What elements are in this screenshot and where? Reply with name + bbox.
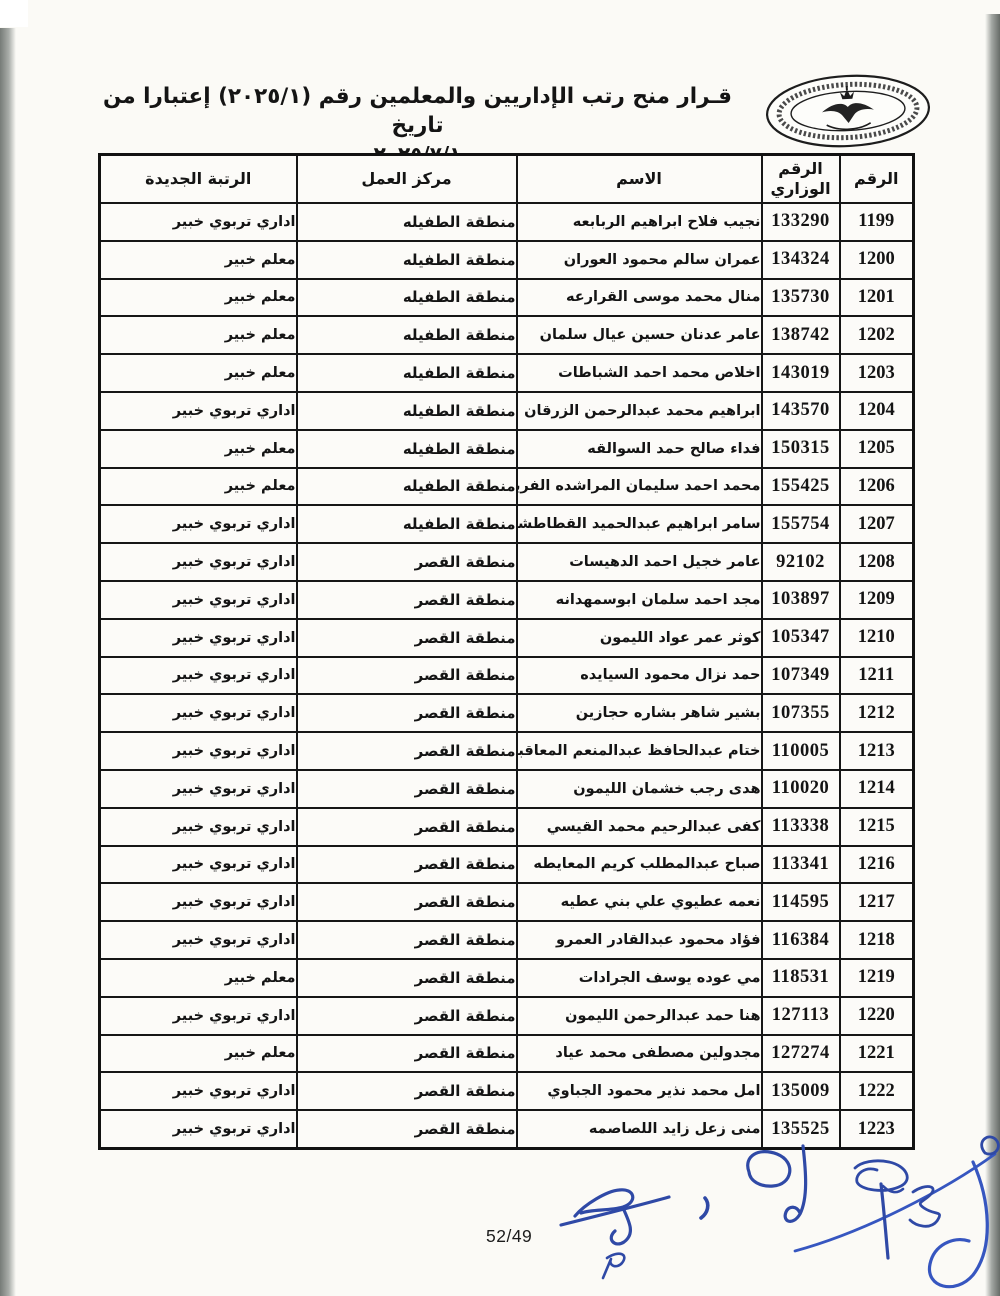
- cell-work-center: منطقة القصر: [297, 1072, 517, 1110]
- cell-name: مجدولين مصطفى محمد عياد: [517, 1035, 762, 1073]
- cell-ministry-number: 103897: [762, 581, 840, 619]
- cell-ministry-number: 155425: [762, 468, 840, 506]
- cell-work-center: منطقة القصر: [297, 732, 517, 770]
- table-row: 1222 135009 امل محمد نذير محمود الجباوي …: [100, 1072, 914, 1110]
- cell-new-rank: اداري تربوي خبير: [100, 770, 297, 808]
- cell-name: امل محمد نذير محمود الجباوي: [517, 1072, 762, 1110]
- cell-serial: 1202: [840, 316, 914, 354]
- cell-name: بشير شاهر بشاره حجازين: [517, 694, 762, 732]
- cell-ministry-number: 92102: [762, 543, 840, 581]
- cell-work-center: منطقة الطفيله: [297, 279, 517, 317]
- table-row: 1208 92102 عامر خجيل احمد الدهيسات منطقة…: [100, 543, 914, 581]
- cell-new-rank: معلم خبير: [100, 430, 297, 468]
- cell-work-center: منطقة القصر: [297, 619, 517, 657]
- cell-name: نجيب فلاح ابراهيم الربابعه: [517, 203, 762, 241]
- cell-name: صباح عبدالمطلب كريم المعايطه: [517, 846, 762, 884]
- cell-serial: 1199: [840, 203, 914, 241]
- cell-serial: 1216: [840, 846, 914, 884]
- table-row: 1216 113341 صباح عبدالمطلب كريم المعايطه…: [100, 846, 914, 884]
- cell-name: هنا حمد عبدالرحمن الليمون: [517, 997, 762, 1035]
- table-row: 1207 155754 سامر ابراهيم عبدالحميد القطا…: [100, 505, 914, 543]
- cell-name: كوثر عمر عواد الليمون: [517, 619, 762, 657]
- cell-ministry-number: 110005: [762, 732, 840, 770]
- document-title: قـرار منح رتب الإداريين والمعلمين رقم (٢…: [85, 82, 750, 140]
- cell-name: منى زعل زايد اللصاصمه: [517, 1110, 762, 1148]
- cell-new-rank: معلم خبير: [100, 959, 297, 997]
- cell-ministry-number: 143570: [762, 392, 840, 430]
- scan-edge-right: [985, 14, 1000, 1296]
- table-row: 1210 105347 كوثر عمر عواد الليمون منطقة …: [100, 619, 914, 657]
- cell-name: منال محمد موسى القرارعه: [517, 279, 762, 317]
- cell-serial: 1205: [840, 430, 914, 468]
- cell-work-center: منطقة القصر: [297, 770, 517, 808]
- cell-ministry-number: 113341: [762, 846, 840, 884]
- cell-new-rank: اداري تربوي خبير: [100, 808, 297, 846]
- header-ministry-number: الرقم الوزاري: [762, 155, 840, 204]
- scan-corner-notch: [0, 0, 28, 27]
- cell-ministry-number: 127274: [762, 1035, 840, 1073]
- ministry-seal-icon: [762, 72, 934, 150]
- header-new-rank: الرتبة الجديدة: [100, 155, 297, 204]
- cell-name: نعمه عطيوي علي بني عطيه: [517, 883, 762, 921]
- cell-serial: 1214: [840, 770, 914, 808]
- table-row: 1202 138742 عامر عدنان حسين عيال سلمان م…: [100, 316, 914, 354]
- table-row: 1223 135525 منى زعل زايد اللصاصمه منطقة …: [100, 1110, 914, 1148]
- cell-name: مجد احمد سلمان ابوسمهدانه: [517, 581, 762, 619]
- cell-ministry-number: 135730: [762, 279, 840, 317]
- cell-new-rank: معلم خبير: [100, 316, 297, 354]
- header-serial: الرقم: [840, 155, 914, 204]
- cell-serial: 1220: [840, 997, 914, 1035]
- cell-work-center: منطقة القصر: [297, 883, 517, 921]
- cell-name: اخلاص محمد احمد الشباطات: [517, 354, 762, 392]
- cell-new-rank: اداري تربوي خبير: [100, 1072, 297, 1110]
- cell-work-center: منطقة الطفيله: [297, 468, 517, 506]
- cell-ministry-number: 113338: [762, 808, 840, 846]
- cell-new-rank: معلم خبير: [100, 279, 297, 317]
- cell-ministry-number: 118531: [762, 959, 840, 997]
- cell-work-center: منطقة الطفيله: [297, 241, 517, 279]
- cell-new-rank: معلم خبير: [100, 468, 297, 506]
- scan-edge-left: [0, 28, 16, 1296]
- table-row: 1203 143019 اخلاص محمد احمد الشباطات منط…: [100, 354, 914, 392]
- cell-serial: 1203: [840, 354, 914, 392]
- table-row: 1204 143570 ابراهيم محمد عبدالرحمن الزرق…: [100, 392, 914, 430]
- table-body: 1199 133290 نجيب فلاح ابراهيم الربابعه م…: [100, 203, 914, 1148]
- cell-ministry-number: 143019: [762, 354, 840, 392]
- table-row: 1206 155425 محمد احمد سليمان المراشده ال…: [100, 468, 914, 506]
- cell-name: ابراهيم محمد عبدالرحمن الزرقان: [517, 392, 762, 430]
- cell-new-rank: اداري تربوي خبير: [100, 846, 297, 884]
- cell-work-center: منطقة الطفيله: [297, 430, 517, 468]
- cell-ministry-number: 110020: [762, 770, 840, 808]
- table-row: 1220 127113 هنا حمد عبدالرحمن الليمون من…: [100, 997, 914, 1035]
- cell-serial: 1208: [840, 543, 914, 581]
- cell-new-rank: اداري تربوي خبير: [100, 505, 297, 543]
- cell-serial: 1210: [840, 619, 914, 657]
- cell-new-rank: اداري تربوي خبير: [100, 657, 297, 695]
- cell-ministry-number: 105347: [762, 619, 840, 657]
- table-row: 1211 107349 حمد نزال محمود السيايده منطق…: [100, 657, 914, 695]
- cell-name: هدى رجب خشمان الليمون: [517, 770, 762, 808]
- cell-serial: 1218: [840, 921, 914, 959]
- cell-name: محمد احمد سليمان المراشده الفريجات: [517, 468, 762, 506]
- cell-serial: 1211: [840, 657, 914, 695]
- cell-work-center: منطقة القصر: [297, 921, 517, 959]
- cell-work-center: منطقة القصر: [297, 959, 517, 997]
- cell-ministry-number: 138742: [762, 316, 840, 354]
- cell-new-rank: اداري تربوي خبير: [100, 543, 297, 581]
- cell-ministry-number: 155754: [762, 505, 840, 543]
- cell-work-center: منطقة القصر: [297, 657, 517, 695]
- cell-new-rank: اداري تربوي خبير: [100, 619, 297, 657]
- table-row: 1201 135730 منال محمد موسى القرارعه منطق…: [100, 279, 914, 317]
- rank-grant-table: الرقم الرقم الوزاري الاسم مركز العمل الر…: [98, 153, 915, 1150]
- signature-icon: [545, 1128, 1000, 1296]
- cell-serial: 1212: [840, 694, 914, 732]
- cell-name: عامر خجيل احمد الدهيسات: [517, 543, 762, 581]
- cell-serial: 1215: [840, 808, 914, 846]
- table-row: 1221 127274 مجدولين مصطفى محمد عياد منطق…: [100, 1035, 914, 1073]
- page-number: 52/49: [486, 1226, 532, 1247]
- cell-new-rank: اداري تربوي خبير: [100, 883, 297, 921]
- cell-name: ختام عبدالحافظ عبدالمنعم المعاقبه: [517, 732, 762, 770]
- cell-ministry-number: 133290: [762, 203, 840, 241]
- scanned-document-page: قـرار منح رتب الإداريين والمعلمين رقم (٢…: [0, 0, 1000, 1296]
- cell-serial: 1222: [840, 1072, 914, 1110]
- table-row: 1200 134324 عمران سالم محمود العوران منط…: [100, 241, 914, 279]
- cell-work-center: منطقة القصر: [297, 581, 517, 619]
- cell-serial: 1223: [840, 1110, 914, 1148]
- cell-new-rank: اداري تربوي خبير: [100, 392, 297, 430]
- cell-new-rank: اداري تربوي خبير: [100, 1110, 297, 1148]
- cell-work-center: منطقة القصر: [297, 1035, 517, 1073]
- cell-serial: 1219: [840, 959, 914, 997]
- cell-name: حمد نزال محمود السيايده: [517, 657, 762, 695]
- table-row: 1215 113338 كفى عبدالرحيم محمد القيسي من…: [100, 808, 914, 846]
- cell-work-center: منطقة القصر: [297, 997, 517, 1035]
- cell-ministry-number: 134324: [762, 241, 840, 279]
- table-row: 1209 103897 مجد احمد سلمان ابوسمهدانه من…: [100, 581, 914, 619]
- cell-ministry-number: 107355: [762, 694, 840, 732]
- cell-new-rank: معلم خبير: [100, 354, 297, 392]
- cell-ministry-number: 107349: [762, 657, 840, 695]
- cell-serial: 1217: [840, 883, 914, 921]
- cell-serial: 1209: [840, 581, 914, 619]
- cell-ministry-number: 114595: [762, 883, 840, 921]
- header-name: الاسم: [517, 155, 762, 204]
- cell-new-rank: اداري تربوي خبير: [100, 921, 297, 959]
- cell-new-rank: معلم خبير: [100, 241, 297, 279]
- cell-serial: 1206: [840, 468, 914, 506]
- cell-new-rank: اداري تربوي خبير: [100, 732, 297, 770]
- cell-new-rank: اداري تربوي خبير: [100, 581, 297, 619]
- cell-name: فداء صالح حمد السوالقه: [517, 430, 762, 468]
- table-row: 1217 114595 نعمه عطيوي علي بني عطيه منطق…: [100, 883, 914, 921]
- cell-new-rank: معلم خبير: [100, 1035, 297, 1073]
- cell-work-center: منطقة القصر: [297, 846, 517, 884]
- cell-new-rank: اداري تربوي خبير: [100, 694, 297, 732]
- cell-name: مي عوده يوسف الجرادات: [517, 959, 762, 997]
- table-row: 1219 118531 مي عوده يوسف الجرادات منطقة …: [100, 959, 914, 997]
- table-row: 1214 110020 هدى رجب خشمان الليمون منطقة …: [100, 770, 914, 808]
- cell-name: عامر عدنان حسين عيال سلمان: [517, 316, 762, 354]
- header-work-center: مركز العمل: [297, 155, 517, 204]
- cell-serial: 1213: [840, 732, 914, 770]
- cell-serial: 1200: [840, 241, 914, 279]
- cell-ministry-number: 127113: [762, 997, 840, 1035]
- cell-ministry-number: 135525: [762, 1110, 840, 1148]
- cell-new-rank: اداري تربوي خبير: [100, 203, 297, 241]
- cell-ministry-number: 116384: [762, 921, 840, 959]
- cell-name: سامر ابراهيم عبدالحميد القطاطشه: [517, 505, 762, 543]
- cell-work-center: منطقة الطفيله: [297, 505, 517, 543]
- cell-new-rank: اداري تربوي خبير: [100, 997, 297, 1035]
- cell-ministry-number: 150315: [762, 430, 840, 468]
- cell-name: فؤاد محمود عبدالقادر العمرو: [517, 921, 762, 959]
- table-row: 1218 116384 فؤاد محمود عبدالقادر العمرو …: [100, 921, 914, 959]
- table-header-row: الرقم الرقم الوزاري الاسم مركز العمل الر…: [100, 155, 914, 204]
- cell-work-center: منطقة الطفيله: [297, 316, 517, 354]
- cell-name: عمران سالم محمود العوران: [517, 241, 762, 279]
- cell-ministry-number: 135009: [762, 1072, 840, 1110]
- table-row: 1199 133290 نجيب فلاح ابراهيم الربابعه م…: [100, 203, 914, 241]
- cell-work-center: منطقة الطفيله: [297, 392, 517, 430]
- table-row: 1205 150315 فداء صالح حمد السوالقه منطقة…: [100, 430, 914, 468]
- table-row: 1212 107355 بشير شاهر بشاره حجازين منطقة…: [100, 694, 914, 732]
- cell-work-center: منطقة القصر: [297, 543, 517, 581]
- cell-work-center: منطقة القصر: [297, 808, 517, 846]
- cell-serial: 1207: [840, 505, 914, 543]
- table-row: 1213 110005 ختام عبدالحافظ عبدالمنعم الم…: [100, 732, 914, 770]
- cell-work-center: منطقة القصر: [297, 1110, 517, 1148]
- cell-work-center: منطقة الطفيله: [297, 203, 517, 241]
- cell-name: كفى عبدالرحيم محمد القيسي: [517, 808, 762, 846]
- cell-work-center: منطقة القصر: [297, 694, 517, 732]
- cell-serial: 1201: [840, 279, 914, 317]
- cell-serial: 1204: [840, 392, 914, 430]
- cell-serial: 1221: [840, 1035, 914, 1073]
- cell-work-center: منطقة الطفيله: [297, 354, 517, 392]
